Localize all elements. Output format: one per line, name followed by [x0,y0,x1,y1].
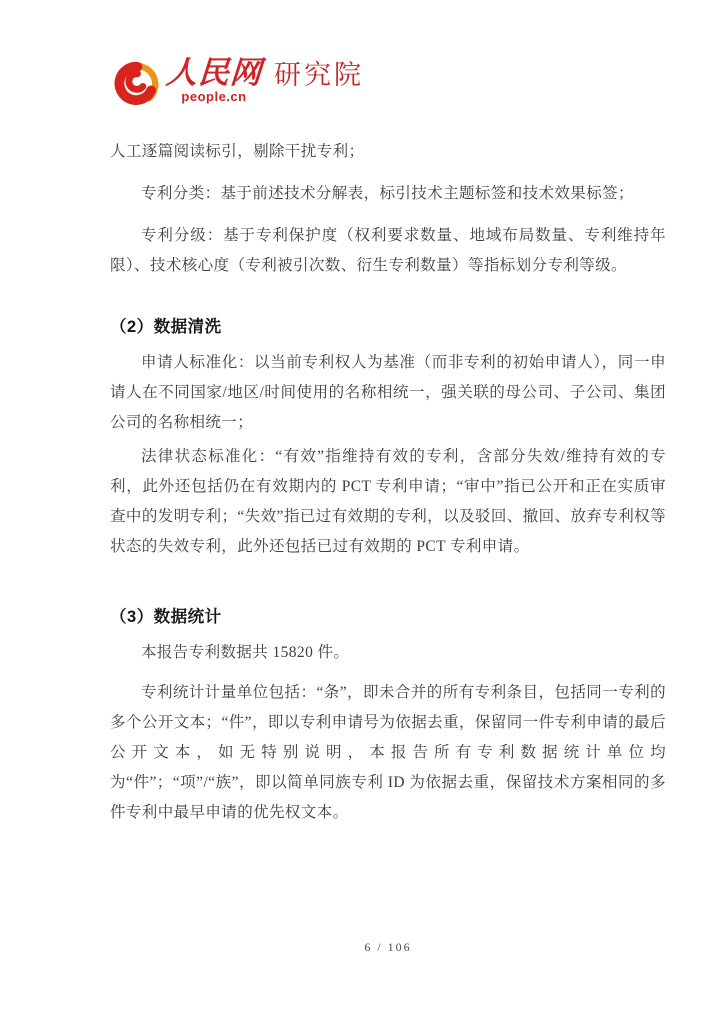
brand-wordmark: 人民网 people.cn [166,58,262,103]
logo: 人民网 people.cn 研究院 [113,58,364,107]
page-footer: 6 / 106 [110,940,666,955]
brand-suffix-label: 研究院 [274,62,364,89]
people-cn-logo-icon [113,60,160,107]
paragraph-counting-units: 专利统计计量单位包括：“条”，即未合并的所有专利条目，包括同一专利的多个公开文本… [110,678,666,828]
paragraph-continuation: 人工逐篇阅读标引，剔除干扰专利； [110,137,666,167]
paragraph-patent-classification: 专利分类：基于前述技术分解表，标引技术主题标签和技术效果标签； [110,179,666,209]
paragraph-legal-status-standardization: 法律状态标准化：“有效”指维持有效的专利，含部分失效/维持有效的专利，此外还包括… [110,442,666,562]
brand-domain-text: people.cn [181,90,246,103]
paragraph-patent-total-count: 本报告专利数据共 15820 件。 [110,638,666,668]
paragraph-applicant-standardization: 申请人标准化：以当前专利权人为基准（而非专利的初始申请人），同一申请人在不同国家… [110,348,666,438]
report-page: 人民网 people.cn 研究院 人工逐篇阅读标引，剔除干扰专利； 专利分类：… [0,0,724,1024]
page-number: 6 / 106 [364,940,411,954]
brand-name-script: 人民网 [165,58,263,89]
paragraph-patent-grading: 专利分级：基于专利保护度（权利要求数量、地域布局数量、专利维持年限）、技术核心度… [110,221,666,281]
section-heading-data-statistics: （3）数据统计 [110,602,666,632]
document-body: 人工逐篇阅读标引，剔除干扰专利； 专利分类：基于前述技术分解表，标引技术主题标签… [110,137,666,828]
section-heading-data-cleaning: （2）数据清洗 [110,312,666,342]
